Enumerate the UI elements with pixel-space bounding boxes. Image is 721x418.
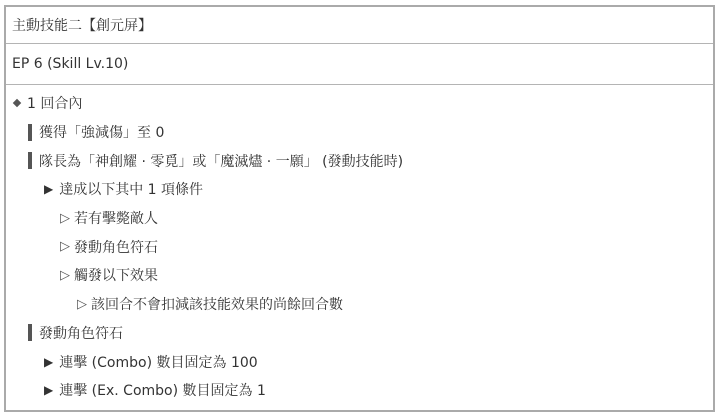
effect-text: 獲得「強減傷」至 0 — [39, 122, 164, 142]
triangle-right-filled-icon: ▶ — [44, 182, 53, 196]
effect-line: ▶ 連擊 (Ex. Combo) 數目固定為 1 — [6, 376, 713, 405]
effect-text: 達成以下其中 1 項條件 — [59, 179, 203, 199]
effect-line: ▶ 連擊 (Combo) 數目固定為 100 — [6, 347, 713, 376]
effect-text: 發動角色符石 — [39, 323, 123, 343]
skill-title-row: 主動技能二【創元屏】 — [6, 7, 713, 44]
skill-effects-list: 1 回合內 獲得「強減傷」至 0 隊長為「神創耀 · 零覓」或「魔滅燼 · 一願… — [6, 85, 713, 405]
effect-text: 連擊 (Combo) 數目固定為 100 — [59, 352, 257, 372]
effect-line: 發動角色符石 — [6, 319, 713, 348]
effect-line: 隊長為「神創耀 · 零覓」或「魔滅燼 · 一願」 (發動技能時) — [6, 146, 713, 175]
effect-line: ▷ 該回合不會扣減該技能效果的尚餘回合數 — [6, 290, 713, 319]
effect-text: 發動角色符石 — [74, 237, 158, 257]
effect-line: ▷ 若有擊斃敵人 — [6, 204, 713, 233]
triangle-right-outline-icon: ▷ — [60, 239, 70, 254]
effect-text: 觸發以下效果 — [74, 265, 158, 285]
bar-icon — [28, 324, 32, 341]
triangle-right-outline-icon: ▷ — [60, 268, 70, 283]
skill-ep-level: EP 6 (Skill Lv.10) — [12, 56, 128, 72]
effect-text: 隊長為「神創耀 · 零覓」或「魔滅燼 · 一願」 (發動技能時) — [39, 151, 403, 171]
triangle-right-outline-icon: ▷ — [77, 297, 87, 312]
diamond-icon — [13, 99, 21, 107]
triangle-right-filled-icon: ▶ — [44, 383, 53, 397]
bar-icon — [28, 124, 32, 141]
effect-line: 獲得「強減傷」至 0 — [6, 118, 713, 147]
bar-icon — [28, 152, 32, 169]
effect-line: 1 回合內 — [6, 89, 713, 118]
triangle-right-outline-icon: ▷ — [60, 211, 70, 226]
effect-text: 若有擊斃敵人 — [74, 208, 158, 228]
skill-ep-row: EP 6 (Skill Lv.10) — [6, 44, 713, 85]
effect-line: ▶ 達成以下其中 1 項條件 — [6, 175, 713, 204]
effect-text: 1 回合內 — [27, 93, 82, 113]
effect-line: ▷ 觸發以下效果 — [6, 261, 713, 290]
triangle-right-filled-icon: ▶ — [44, 355, 53, 369]
effect-text: 連擊 (Ex. Combo) 數目固定為 1 — [59, 380, 266, 400]
skill-title: 主動技能二【創元屏】 — [12, 15, 152, 35]
effect-text: 該回合不會扣減該技能效果的尚餘回合數 — [91, 294, 343, 314]
skill-table: 主動技能二【創元屏】 EP 6 (Skill Lv.10) 1 回合內 獲得「強… — [4, 5, 715, 412]
effect-line: ▷ 發動角色符石 — [6, 232, 713, 261]
